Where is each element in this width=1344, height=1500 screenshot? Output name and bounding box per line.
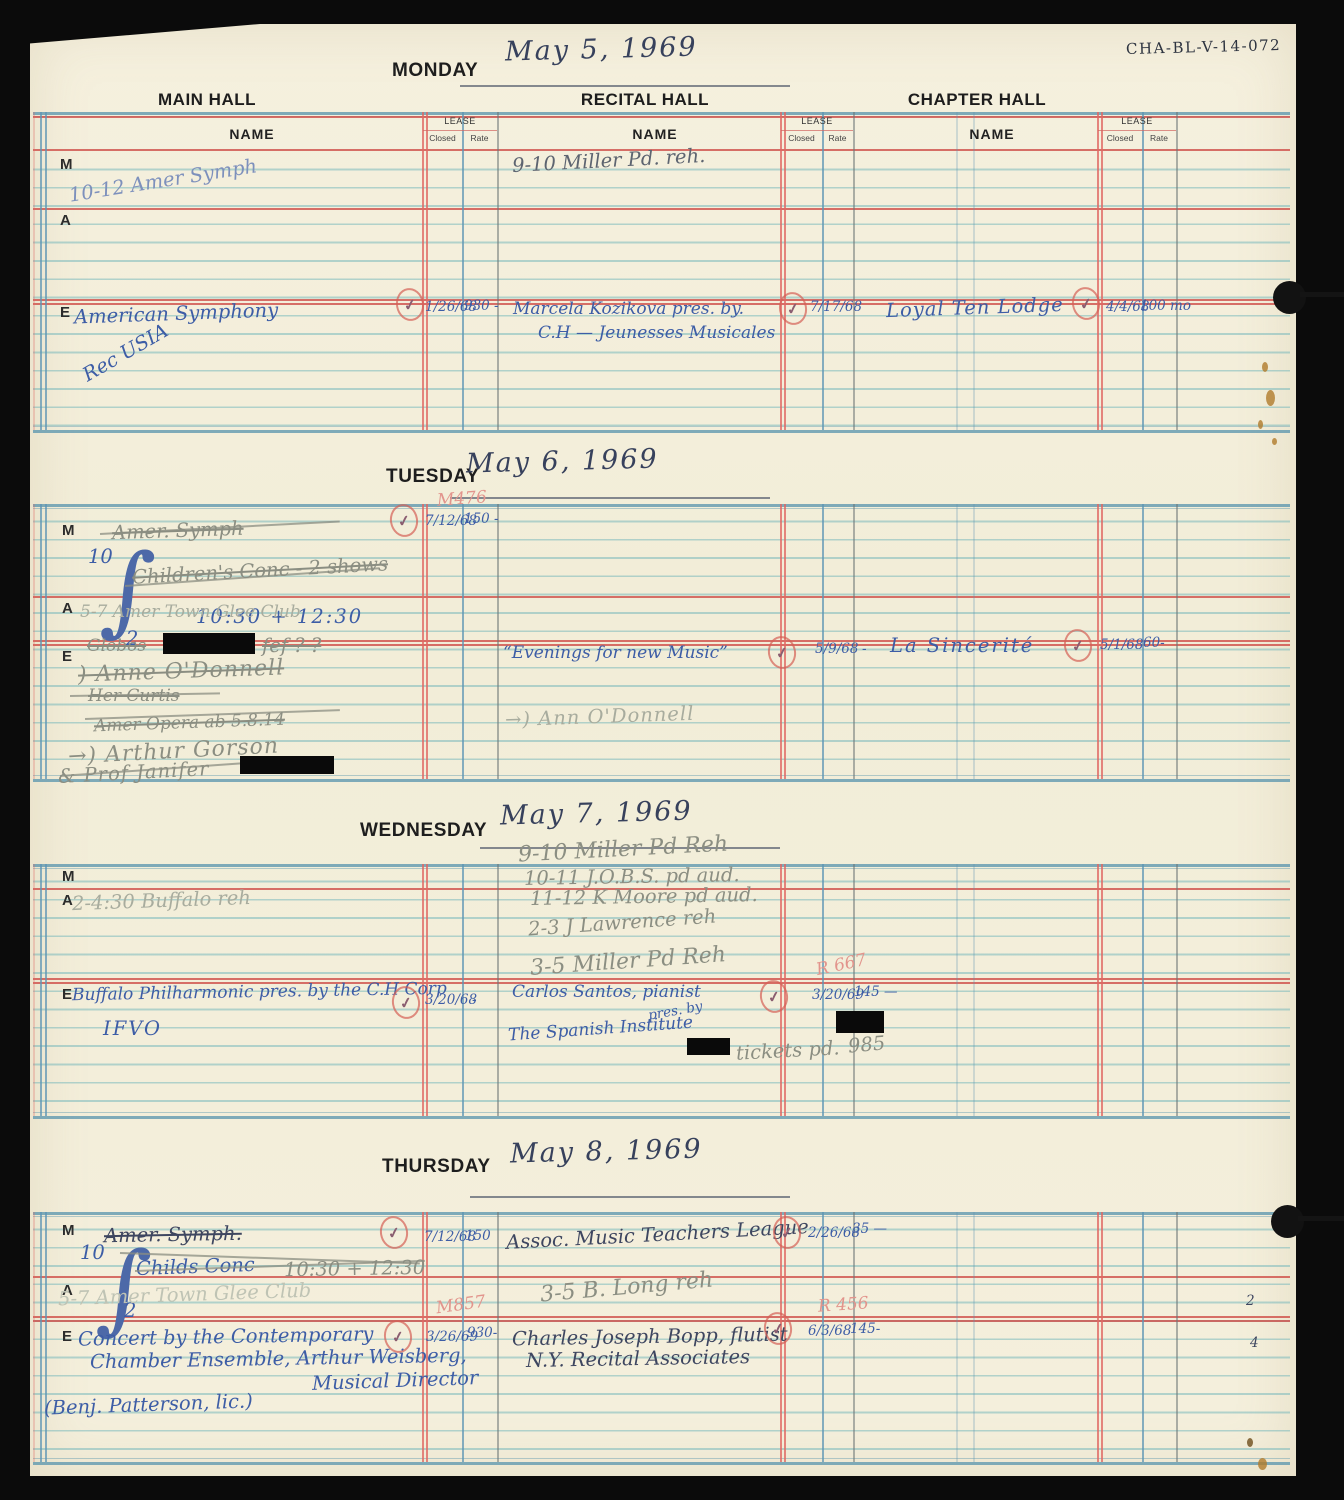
handwritten-note: - <box>472 993 477 1008</box>
closed-column-header: Closed <box>429 133 455 143</box>
punch-stem-top <box>1300 292 1344 297</box>
column-rule <box>1101 1212 1103 1462</box>
handwritten-note: 7/17/68 <box>810 300 862 315</box>
scan-edge-right <box>1296 0 1344 1500</box>
handwritten-note: 145- <box>850 1322 880 1337</box>
handwritten-note: 5-7 Amer Town Glee Club <box>80 603 301 622</box>
column-rule <box>45 864 47 1116</box>
column-rule <box>1097 1212 1099 1462</box>
column-rule <box>40 112 42 430</box>
paper-stain <box>1272 438 1277 445</box>
handwritten-note: N.Y. Recital Associates <box>526 1346 750 1371</box>
redaction-box <box>240 756 334 774</box>
row-label-E: E <box>62 648 72 665</box>
column-rule <box>780 112 782 430</box>
hall-header: CHAPTER HALL <box>908 90 1046 110</box>
column-rule <box>497 112 499 430</box>
paper-stain <box>1266 390 1275 406</box>
handwritten-note: 145 — <box>854 985 898 1000</box>
scan-edge-left <box>0 0 30 1500</box>
handwritten-note: 4 <box>1250 1336 1259 1351</box>
name-column-header: NAME <box>969 126 1014 142</box>
column-rule <box>822 112 824 430</box>
punch-stem-bottom <box>1298 1216 1344 1221</box>
date-underline <box>450 497 770 499</box>
handwritten-note: 5/1/68 <box>1100 638 1143 653</box>
date-underline <box>460 85 790 87</box>
grid-bottom-line <box>33 779 1290 782</box>
column-rule <box>1176 1212 1178 1462</box>
name-column-header: NAME <box>229 126 274 142</box>
rate-column-header: Rate <box>471 133 489 143</box>
column-rule <box>45 504 47 779</box>
column-rule <box>1101 864 1103 1116</box>
lease-subdivider <box>1098 130 1176 131</box>
column-rule <box>1097 504 1099 779</box>
column-rule <box>1097 864 1099 1116</box>
scan-edge-top <box>0 0 1344 24</box>
closed-column-header: Closed <box>788 133 814 143</box>
handwritten-note: tickets pd. <box>736 1037 841 1064</box>
redaction-box <box>687 1038 730 1055</box>
handwritten-note: 150 <box>465 1229 491 1244</box>
row-label-M: M <box>62 1222 75 1239</box>
row-label-A: A <box>60 212 71 229</box>
paper-stain <box>1247 1438 1253 1447</box>
handwritten-note: Marcela Kozikova pres. by. <box>513 300 744 319</box>
grid-bottom-line <box>33 1462 1290 1465</box>
grid-bottom-line <box>33 430 1290 433</box>
column-rule <box>40 1212 42 1462</box>
date-underline <box>470 1196 790 1198</box>
row-label-E: E <box>60 304 70 321</box>
column-rule <box>784 112 786 430</box>
column-rule <box>956 1212 958 1462</box>
handwritten-note: 60- <box>1143 636 1165 651</box>
closed-column-header: Closed <box>1107 133 1133 143</box>
date-handwritten: May 5, 1969 <box>505 31 698 67</box>
column-rule <box>33 1212 35 1462</box>
paper-stain <box>1258 1458 1267 1470</box>
redaction-box <box>163 633 255 654</box>
column-rule <box>45 1212 47 1462</box>
column-rule <box>426 112 428 430</box>
handwritten-note: C.H — Jeunesses Musicales <box>538 324 775 343</box>
column-rule <box>422 1212 424 1462</box>
column-rule <box>462 864 464 1116</box>
column-rule <box>1176 504 1178 779</box>
handwritten-note: 35 — <box>852 1222 887 1237</box>
handwritten-note: 6/3/68 <box>808 1324 851 1339</box>
column-rule <box>422 112 424 430</box>
column-rule <box>853 112 855 430</box>
column-rule <box>1176 864 1178 1116</box>
column-rule <box>1142 864 1144 1116</box>
column-rule <box>426 504 428 779</box>
column-rule <box>40 864 42 1116</box>
handwritten-note: La Sincerité <box>890 635 1034 656</box>
handwritten-note: 150 - <box>464 512 499 527</box>
paper-stain <box>1262 362 1268 372</box>
column-rule <box>1176 112 1178 430</box>
handwritten-note: R 456 <box>817 1294 869 1316</box>
handwritten-note: fef ? ? <box>262 635 321 656</box>
column-rule <box>497 504 499 779</box>
column-rule <box>1101 112 1103 430</box>
column-rule <box>973 864 975 1116</box>
date-handwritten: May 6, 1969 <box>466 443 659 479</box>
lease-subdivider <box>781 130 853 131</box>
handwritten-note: 2 <box>1246 1294 1255 1309</box>
lease-column-header: LEASE <box>801 116 833 126</box>
handwritten-note: M476 <box>436 488 487 510</box>
handwritten-note: 11-12 K Moore pd aud. <box>530 884 758 909</box>
column-rule <box>973 1212 975 1462</box>
rate-column-header: Rate <box>829 133 847 143</box>
column-rule <box>497 864 499 1116</box>
handwritten-note: 985 <box>847 1032 886 1057</box>
handwritten-note: 100 mo <box>1140 299 1191 314</box>
day-label: THURSDAY <box>382 1156 491 1178</box>
handwritten-note: - <box>862 642 867 657</box>
handwritten-note: IFVO <box>103 1018 162 1039</box>
column-rule <box>33 504 35 779</box>
column-rule <box>1142 1212 1144 1462</box>
row-label-M: M <box>60 156 73 173</box>
row-label-M: M <box>62 868 75 885</box>
column-rule <box>45 112 47 430</box>
date-handwritten: May 8, 1969 <box>510 1133 703 1169</box>
lease-column-header: LEASE <box>1121 116 1153 126</box>
redaction-box <box>836 1011 884 1033</box>
handwritten-note: “Evenings for new Music” <box>503 644 728 663</box>
rate-column-header: Rate <box>1150 133 1168 143</box>
lease-column-header: LEASE <box>444 116 476 126</box>
handwritten-note: Globos <box>87 637 146 656</box>
row-label-E: E <box>62 986 72 1003</box>
handwritten-note: 5/9/68 <box>815 642 858 657</box>
ledger-scan: CHA-BL-V-14-072 MONDAYMay 5, 1969MAEMAIN… <box>0 0 1344 1500</box>
day-label: WEDNESDAY <box>360 820 487 842</box>
column-rule <box>40 504 42 779</box>
column-rule <box>33 864 35 1116</box>
handwritten-note: 3/20/68 <box>425 993 477 1008</box>
column-rule <box>956 864 958 1116</box>
column-rule <box>1142 112 1144 430</box>
handwritten-note: 930 - <box>464 299 499 314</box>
handwritten-note: Her Curtis <box>88 687 180 706</box>
date-handwritten: May 7, 1969 <box>500 795 693 831</box>
column-rule <box>956 112 958 430</box>
row-label-M: M <box>62 522 75 539</box>
column-rule <box>462 112 464 430</box>
hall-header: RECITAL HALL <box>581 90 709 110</box>
handwritten-note: 930- <box>467 1326 497 1341</box>
paper-stain <box>1258 420 1263 429</box>
name-column-header: NAME <box>632 126 677 142</box>
handwritten-note: Carlos Santos, pianist <box>512 983 701 1002</box>
column-rule <box>462 504 464 779</box>
scan-edge-bottom <box>0 1476 1344 1500</box>
punch-hole-top <box>1273 281 1306 314</box>
day-label: MONDAY <box>392 60 478 82</box>
column-rule <box>33 112 35 430</box>
column-rule <box>1097 112 1099 430</box>
hall-header: MAIN HALL <box>158 90 256 110</box>
row-label-A: A <box>62 600 73 617</box>
column-rule <box>853 1212 855 1462</box>
lease-subdivider <box>423 130 497 131</box>
punch-hole-bottom <box>1271 1205 1304 1238</box>
grid-bottom-line <box>33 1116 1290 1119</box>
row-label-E: E <box>62 1328 72 1345</box>
column-rule <box>973 112 975 430</box>
column-rule <box>422 504 424 779</box>
